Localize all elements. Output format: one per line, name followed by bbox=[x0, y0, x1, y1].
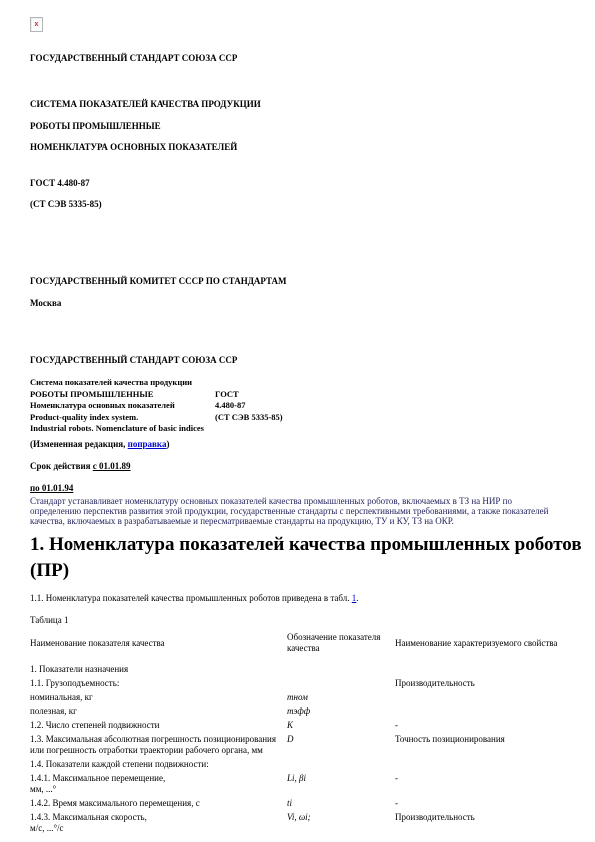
gost-label: ГОСТ bbox=[215, 389, 239, 401]
table-caption: Таблица 1 bbox=[30, 615, 565, 626]
row-symbol: Li, βi bbox=[287, 771, 395, 796]
title-block-line4: Product-quality index system. (СТ СЭВ 53… bbox=[30, 412, 565, 424]
table-row: 1.4.3. Максимальная скорость, м/с, ...°/… bbox=[30, 810, 565, 835]
table-row: номинальная, кг mном bbox=[30, 690, 565, 704]
title-ru-caps: РОБОТЫ ПРОМЫШЛЕННЫЕ bbox=[30, 389, 153, 399]
col-header-property: Наименование характеризуемого свойства bbox=[395, 632, 565, 662]
row-name: полезная, кг bbox=[30, 704, 287, 718]
amendment-prefix: (Измененная редакция, bbox=[30, 439, 128, 449]
standard-title-block: Система показателей качества продукции Р… bbox=[30, 377, 565, 435]
validity-label: Срок действия bbox=[30, 461, 93, 471]
row-name: 1. Показатели назначения bbox=[30, 662, 287, 676]
row-property bbox=[395, 757, 565, 771]
indicators-table: Наименование показателя качества Обознач… bbox=[30, 632, 565, 835]
clause-1-1: 1.1. Номенклатура показателей качества п… bbox=[30, 593, 565, 604]
col-header-indicator-name: Наименование показателя качества bbox=[30, 632, 287, 662]
row-name: 1.2. Число степеней подвижности bbox=[30, 718, 287, 732]
row-name: 1.1. Грузоподъемность: bbox=[30, 676, 287, 690]
row-symbol: mэфф bbox=[287, 704, 395, 718]
col-header-symbol: Обозначение показателя качества bbox=[287, 632, 395, 662]
row-name: 1.4.2. Время максимального перемещения, … bbox=[30, 796, 287, 810]
state-standard-header-repeat: ГОСУДАРСТВЕННЫЙ СТАНДАРТ СОЮЗА ССР bbox=[30, 355, 565, 366]
table-row: 1. Показатели назначения bbox=[30, 662, 565, 676]
table-row: 1.1. Грузоподъемность: Производительност… bbox=[30, 676, 565, 690]
row-name: номинальная, кг bbox=[30, 690, 287, 704]
city-line: Москва bbox=[30, 298, 565, 309]
title-block-line5: Industrial robots. Nomenclature of basic… bbox=[30, 423, 565, 435]
row-symbol: D bbox=[287, 732, 395, 757]
table-row: 1.3. Максимальная абсолютная погрешность… bbox=[30, 732, 565, 757]
row-property bbox=[395, 662, 565, 676]
table-row: 1.4.1. Максимальное перемещение, мм, ...… bbox=[30, 771, 565, 796]
clause-1-1-text: 1.1. Номенклатура показателей качества п… bbox=[30, 593, 352, 603]
section-1-heading: 1. Номенклатура показателей качества про… bbox=[30, 532, 590, 584]
row-property: - bbox=[395, 771, 565, 796]
row-symbol: ti bbox=[287, 796, 395, 810]
row-property: - bbox=[395, 796, 565, 810]
clause-1-1-period: . bbox=[356, 593, 358, 603]
amendment-suffix: ) bbox=[166, 439, 169, 449]
broken-image-wrap: x bbox=[30, 13, 565, 28]
gost-code: 4.480-87 bbox=[215, 400, 245, 412]
state-committee-line: ГОСУДАРСТВЕННЫЙ КОМИТЕТ СССР ПО СТАНДАРТ… bbox=[30, 276, 565, 287]
industrial-robots-line: РОБОТЫ ПРОМЫШЛЕННЫЕ bbox=[30, 121, 565, 132]
row-name: 1.4. Показатели каждой степени подвижнос… bbox=[30, 757, 287, 771]
validity-from-link[interactable]: с 01.01.89 bbox=[93, 461, 131, 471]
popravka-link[interactable]: поправка bbox=[128, 439, 167, 449]
table-row: полезная, кг mэфф bbox=[30, 704, 565, 718]
row-property bbox=[395, 690, 565, 704]
validity-line: Срок действия с 01.01.89 bbox=[30, 461, 565, 472]
row-property: Производительность bbox=[395, 810, 565, 835]
nomenclature-line: НОМЕНКЛАТУРА ОСНОВНЫХ ПОКАЗАТЕЛЕЙ bbox=[30, 142, 565, 153]
row-symbol bbox=[287, 662, 395, 676]
row-symbol bbox=[287, 757, 395, 771]
row-property: Точность позиционирования bbox=[395, 732, 565, 757]
row-name: 1.4.3. Максимальная скорость, м/с, ...°/… bbox=[30, 810, 287, 835]
st-sev-code: (СТ СЭВ 5335-85) bbox=[215, 412, 283, 424]
state-standard-header: ГОСУДАРСТВЕННЫЙ СТАНДАРТ СОЮЗА ССР bbox=[30, 53, 565, 64]
table-row: 1.4.2. Время максимального перемещения, … bbox=[30, 796, 565, 810]
row-symbol: Vi, ωi; bbox=[287, 810, 395, 835]
title-en-main: Product-quality index system. bbox=[30, 412, 138, 422]
document-page: x ГОСУДАРСТВЕННЫЙ СТАНДАРТ СОЮЗА ССР СИС… bbox=[0, 0, 595, 842]
row-name: 1.4.1. Максимальное перемещение, мм, ...… bbox=[30, 771, 287, 796]
title-block-line1: Система показателей качества продукции bbox=[30, 377, 565, 389]
amendment-line: (Измененная редакция, поправка) bbox=[30, 439, 565, 450]
title-block-line2: РОБОТЫ ПРОМЫШЛЕННЫЕ ГОСТ bbox=[30, 389, 565, 401]
row-property bbox=[395, 704, 565, 718]
st-sev-number: (СТ СЭВ 5335-85) bbox=[30, 199, 565, 210]
table-header-row: Наименование показателя качества Обознач… bbox=[30, 632, 565, 662]
broken-image-icon: x bbox=[30, 17, 43, 32]
table-row: 1.2. Число степеней подвижности K - bbox=[30, 718, 565, 732]
validity-to-link[interactable]: по 01.01.94 bbox=[30, 483, 73, 493]
quality-system-line: СИСТЕМА ПОКАЗАТЕЛЕЙ КАЧЕСТВА ПРОДУКЦИИ bbox=[30, 99, 565, 110]
gost-number: ГОСТ 4.480-87 bbox=[30, 178, 565, 189]
scope-paragraph: Стандарт устанавливает номенклатуру осно… bbox=[30, 496, 565, 527]
row-symbol bbox=[287, 676, 395, 690]
row-symbol: mном bbox=[287, 690, 395, 704]
row-property: - bbox=[395, 718, 565, 732]
row-property: Производительность bbox=[395, 676, 565, 690]
table-row: 1.4. Показатели каждой степени подвижнос… bbox=[30, 757, 565, 771]
validity-to-line: по 01.01.94 bbox=[30, 483, 565, 494]
title-ru-sub: Номенклатура основных показателей bbox=[30, 400, 175, 410]
row-name: 1.3. Максимальная абсолютная погрешность… bbox=[30, 732, 287, 757]
row-symbol: K bbox=[287, 718, 395, 732]
title-block-line3: Номенклатура основных показателей 4.480-… bbox=[30, 400, 565, 412]
